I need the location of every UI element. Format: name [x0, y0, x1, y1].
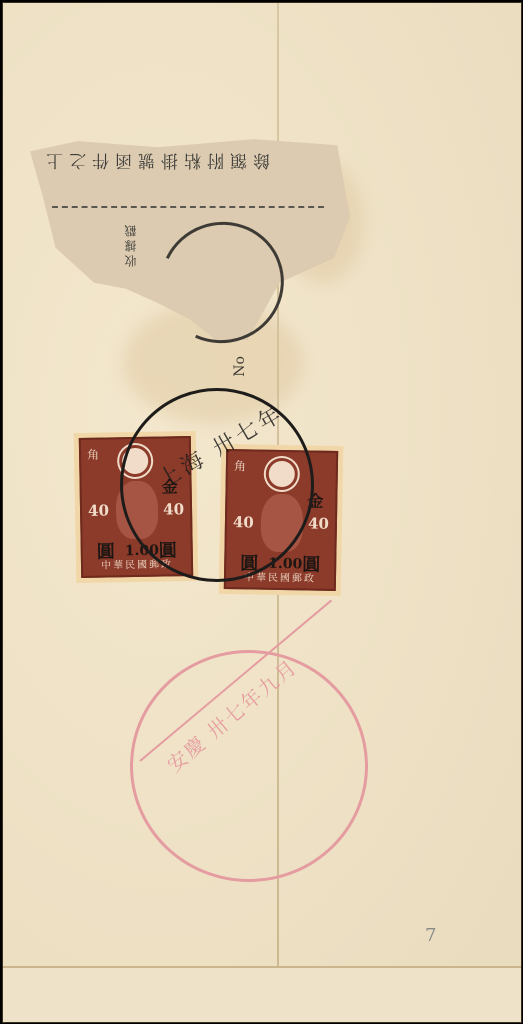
pencil-mark: 7 — [425, 925, 436, 946]
stamp-denomination: 40 — [88, 501, 109, 519]
stamp-denomination: 40 — [308, 514, 329, 532]
label-side-text: 收據戳 — [122, 222, 139, 267]
label-header-text: 餘額附粘掛號函件之上 — [40, 150, 330, 175]
label-dashed-line — [52, 206, 324, 208]
label-serial-prefix: No — [232, 356, 248, 377]
stamp-unit: 角 — [87, 446, 99, 463]
envelope-flap — [3, 968, 521, 1022]
